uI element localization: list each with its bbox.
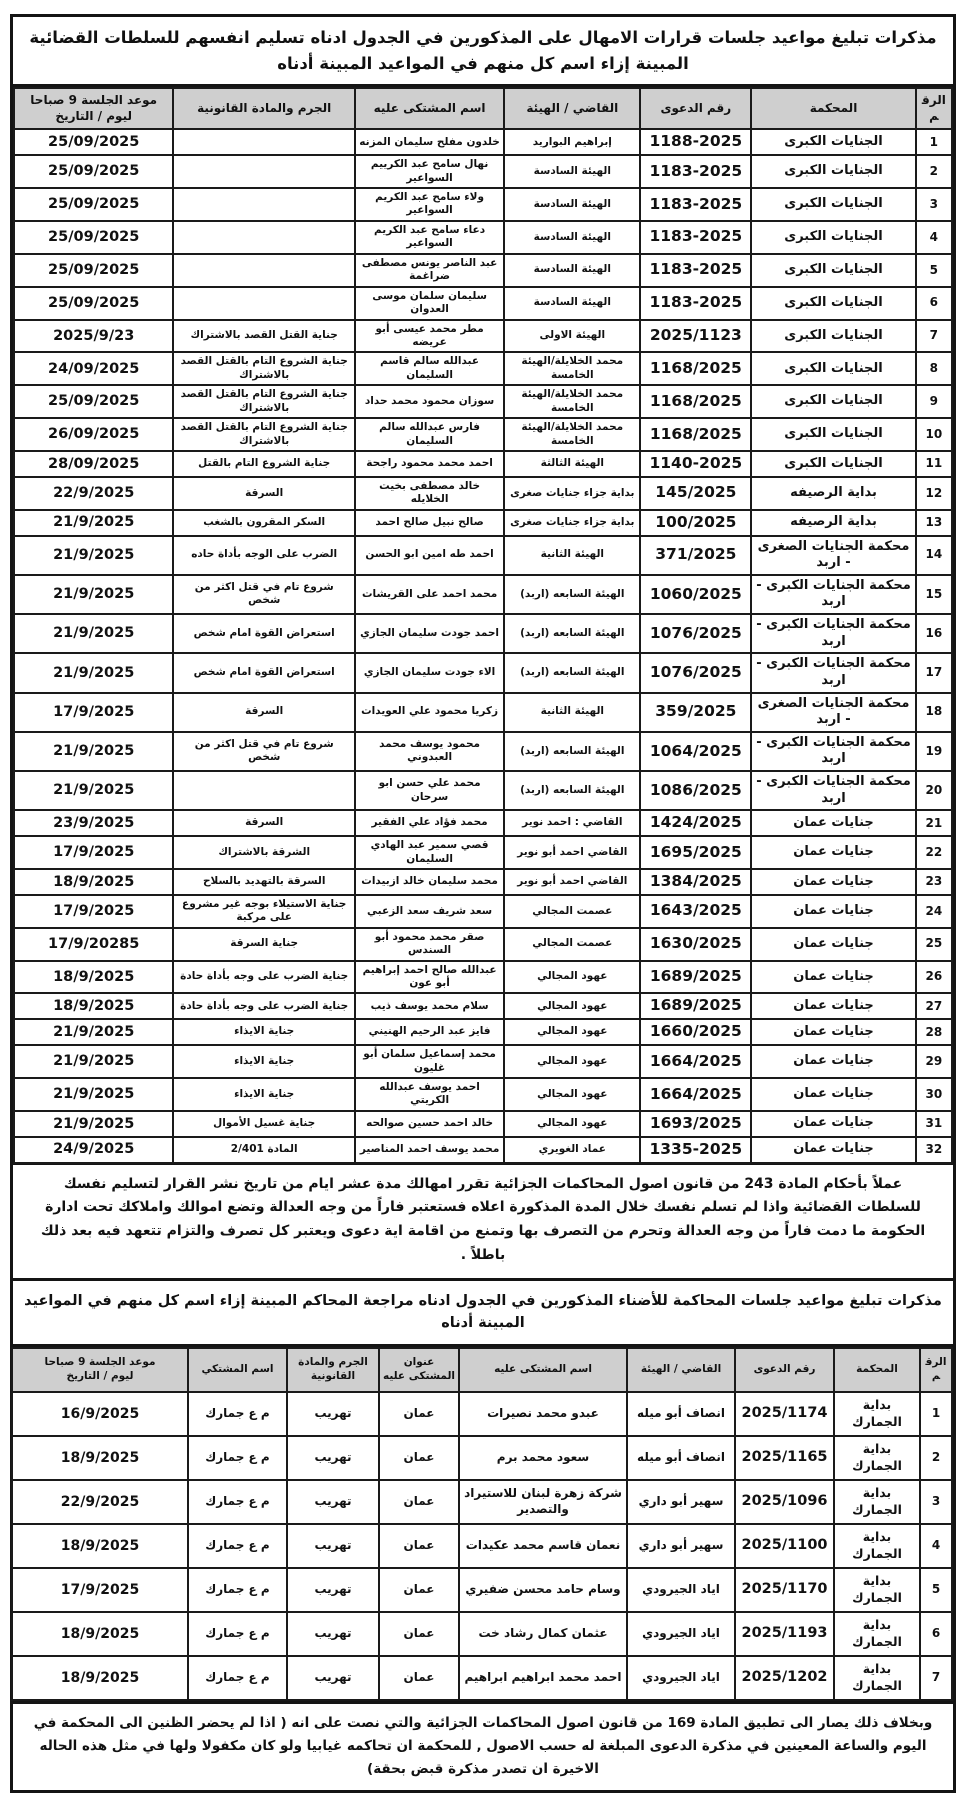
cell-date: 26/09/2025: [14, 418, 173, 451]
cell-num: 16: [916, 614, 952, 653]
cell-num: 17: [916, 653, 952, 692]
cell-num: 13: [916, 510, 952, 536]
cell-num: 10: [916, 418, 952, 451]
cell-address: عمان: [379, 1480, 459, 1524]
cell-crime: السرقة: [173, 693, 355, 732]
table-row: 31جنايات عمان1693/2025عهود المجاليخالد ا…: [14, 1111, 952, 1137]
cell-case: 1076/2025: [640, 614, 751, 653]
cell-case: 1168/2025: [640, 352, 751, 385]
cell-crime: جناية الضرب على وجه بأداة حادة: [173, 993, 355, 1019]
cell-defendant: الاء جودت سليمان الجازي: [355, 653, 504, 692]
cell-date: 22/9/2025: [14, 477, 173, 510]
cell-court: الجنايات الكبرى: [751, 451, 915, 477]
table-row: 29جنايات عمان1664/2025عهود المجاليمحمد إ…: [14, 1045, 952, 1078]
cell-address: عمان: [379, 1436, 459, 1480]
cell-complainant: م ع جمارك: [188, 1392, 287, 1436]
cell-date: 17/9/2025: [12, 1568, 188, 1612]
cell-num: 6: [920, 1612, 952, 1656]
cell-num: 7: [916, 320, 952, 353]
cell-address: عمان: [379, 1612, 459, 1656]
cell-defendant: دعاء سامح عبد الكريم السواعير: [355, 221, 504, 254]
cell-judge: محمد الخلايلة/الهيئة الخامسة: [504, 418, 640, 451]
cell-num: 6: [916, 287, 952, 320]
cell-crime: تهريب: [287, 1480, 379, 1524]
cell-judge: اياد الجيرودي: [627, 1656, 735, 1700]
cell-case: 2025/1100: [735, 1524, 834, 1568]
cell-num: 5: [920, 1568, 952, 1612]
table-row: 27جنايات عمان1689/2025عهود المجاليسلام م…: [14, 993, 952, 1019]
cell-judge: عهود المجالي: [504, 993, 640, 1019]
table-row: 19محكمة الجنايات الكبرى - اربد1064/2025ا…: [14, 732, 952, 771]
col-header-crime-article: الجرم والمادة القانونية: [173, 88, 355, 129]
cell-complainant: م ع جمارك: [188, 1480, 287, 1524]
table-row: 24جنايات عمان1643/2025عصمت المجاليسعد شر…: [14, 895, 952, 928]
cell-date: 25/09/2025: [14, 188, 173, 221]
cell-defendant: محمد سليمان خالد ازبيدات: [355, 869, 504, 895]
cell-num: 9: [916, 385, 952, 418]
cell-complainant: م ع جمارك: [188, 1524, 287, 1568]
cell-num: 31: [916, 1111, 952, 1137]
col-header-crime-article: الجرم والمادة القانونية: [287, 1348, 379, 1392]
col-header-number: الرقم: [920, 1348, 952, 1392]
cell-court: محكمة الجنايات الصغرى - اربد: [751, 693, 915, 732]
cell-defendant: محمود يوسف محمد العبدوني: [355, 732, 504, 771]
cell-judge: الهيئة السابعه (اربد): [504, 732, 640, 771]
cell-judge: الهيئة السادسة: [504, 155, 640, 188]
cell-date: 21/9/2025: [14, 1045, 173, 1078]
cell-judge: الهيئة السادسة: [504, 221, 640, 254]
cell-crime: [173, 287, 355, 320]
cell-crime: [173, 155, 355, 188]
cell-date: 23/9/2025: [14, 810, 173, 836]
cell-date: 25/09/2025: [14, 254, 173, 287]
col-header-session-date: موعد الجلسة 9 صباحا ليوم / التاريخ: [12, 1348, 188, 1392]
cell-court: الجنايات الكبرى: [751, 385, 915, 418]
cell-case: 145/2025: [640, 477, 751, 510]
cell-case: 1693/2025: [640, 1111, 751, 1137]
cell-crime: [173, 771, 355, 810]
cell-crime: [173, 254, 355, 287]
cell-defendant: سعد شريف سعد الزعبي: [355, 895, 504, 928]
cell-court: جنايات عمان: [751, 869, 915, 895]
cell-complainant: م ع جمارك: [188, 1436, 287, 1480]
cell-crime: السرقة: [173, 477, 355, 510]
cell-date: 18/9/2025: [14, 993, 173, 1019]
table-row: 6الجنايات الكبرى1183-2025الهيئة السادسةس…: [14, 287, 952, 320]
table-row: 9الجنايات الكبرى1168/2025محمد الخلايلة/ا…: [14, 385, 952, 418]
cell-defendant: وسام حامد محسن ضفيري: [459, 1568, 627, 1612]
cell-defendant: عبدو محمد نصيرات: [459, 1392, 627, 1436]
cell-defendant: عبد الناصر يونس مصطفى ضراغمة: [355, 254, 504, 287]
cell-defendant: محمد إسماعيل سلمان أبو غليون: [355, 1045, 504, 1078]
cell-crime: جناية الشروع التام بالقتل: [173, 451, 355, 477]
table-row: 22جنايات عمان1695/2025القاضي احمد أبو نو…: [14, 836, 952, 869]
cell-judge: القاضي احمد أبو نوير: [504, 836, 640, 869]
cell-court: جنايات عمان: [751, 961, 915, 994]
cell-date: 24/09/2025: [14, 352, 173, 385]
table-row: 17محكمة الجنايات الكبرى - اربد1076/2025ا…: [14, 653, 952, 692]
cell-defendant: شركة زهرة لبنان للاستيراد والتصدير: [459, 1480, 627, 1524]
notice-document: مذكرات تبليغ مواعيد جلسات قرارات الامهال…: [10, 14, 956, 1793]
cell-judge: بداية جزاء جنايات صغرى: [504, 477, 640, 510]
cell-num: 18: [916, 693, 952, 732]
cell-date: 21/9/2025: [14, 653, 173, 692]
cell-case: 2025/1174: [735, 1392, 834, 1436]
cell-case: 1664/2025: [640, 1045, 751, 1078]
cell-num: 2: [916, 155, 952, 188]
cell-num: 28: [916, 1019, 952, 1045]
cell-judge: الهيئة الثانية: [504, 536, 640, 575]
cell-crime: شروع تام في قتل اكثر من شخص: [173, 732, 355, 771]
cell-num: 1: [916, 129, 952, 155]
cell-court: بداية الجمارك: [834, 1436, 920, 1480]
table-row: 12بداية الرصيفه145/2025بداية جزاء جنايات…: [14, 477, 952, 510]
cell-crime: السرقة: [173, 810, 355, 836]
cell-judge: القاضي احمد أبو نوير: [504, 869, 640, 895]
cell-court: محكمة الجنايات الكبرى - اربد: [751, 653, 915, 692]
cell-judge: بداية جزاء جنايات صغرى: [504, 510, 640, 536]
col-header-judge-panel: القاضي / الهيئة: [504, 88, 640, 129]
section1-legal-notice: عملاً بأحكام المادة 243 من قانون اصول ال…: [13, 1164, 953, 1278]
cell-num: 23: [916, 869, 952, 895]
cell-date: 18/9/2025: [14, 961, 173, 994]
cell-num: 1: [920, 1392, 952, 1436]
cell-court: الجنايات الكبرى: [751, 129, 915, 155]
cell-court: جنايات عمان: [751, 1111, 915, 1137]
cell-judge: الهيئة السابعه (اربد): [504, 653, 640, 692]
cell-case: 1168/2025: [640, 385, 751, 418]
cell-crime: جناية السرقة: [173, 928, 355, 961]
cell-case: 1689/2025: [640, 961, 751, 994]
cell-court: جنايات عمان: [751, 1137, 915, 1163]
cell-case: 1183-2025: [640, 221, 751, 254]
section1-title: مذكرات تبليغ مواعيد جلسات قرارات الامهال…: [13, 17, 953, 87]
table-row: 32جنايات عمان1335-2025عماد الغويريمحمد ي…: [14, 1137, 952, 1163]
cell-date: 21/9/2025: [14, 771, 173, 810]
cell-judge: عصمت المجالي: [504, 928, 640, 961]
cell-court: الجنايات الكبرى: [751, 287, 915, 320]
cell-defendant: خالد احمد حسين صوالحه: [355, 1111, 504, 1137]
cell-defendant: صالح نبيل صالح احمد: [355, 510, 504, 536]
cell-crime: السرقة بالتهديد بالسلاح: [173, 869, 355, 895]
imhal-decisions-table: الرقم المحكمة رقم الدعوى القاضي / الهيئة…: [13, 87, 953, 1163]
cell-date: 21/9/2025: [14, 1019, 173, 1045]
cell-case: 1076/2025: [640, 653, 751, 692]
cell-case: 2025/1193: [735, 1612, 834, 1656]
cell-crime: الشرقة بالاشتراك: [173, 836, 355, 869]
table2-body: 1بداية الجمارك2025/1174انصاف أبو ميلهعبد…: [12, 1392, 952, 1700]
cell-judge: محمد الخلايلة/الهيئة الخامسة: [504, 385, 640, 418]
cell-crime: استعراض القوة امام شخص: [173, 614, 355, 653]
table-row: 7الجنايات الكبرى2025/1123الهيئة الاولىمط…: [14, 320, 952, 353]
cell-judge: الهيئة السادسة: [504, 254, 640, 287]
cell-date: 24/9/2025: [14, 1137, 173, 1163]
cell-date: 17/9/20285: [14, 928, 173, 961]
cell-judge: عهود المجالي: [504, 1078, 640, 1111]
table-row: 4بداية الجمارك2025/1100سهير أبو دارينعما…: [12, 1524, 952, 1568]
cell-num: 11: [916, 451, 952, 477]
col-header-defendant-address: عنوان المشتكى عليه: [379, 1348, 459, 1392]
cell-date: 25/09/2025: [14, 129, 173, 155]
cell-case: 359/2025: [640, 693, 751, 732]
table-row: 5بداية الجمارك2025/1170اياد الجيروديوسام…: [12, 1568, 952, 1612]
cell-judge: سهير أبو داري: [627, 1480, 735, 1524]
cell-date: 18/9/2025: [12, 1656, 188, 1700]
cell-complainant: م ع جمارك: [188, 1656, 287, 1700]
cell-date: 25/09/2025: [14, 287, 173, 320]
cell-defendant: عبدالله صالح احمد إبراهيم أبو عون: [355, 961, 504, 994]
cell-case: 1630/2025: [640, 928, 751, 961]
table-row: 3الجنايات الكبرى1183-2025الهيئة السادسةو…: [14, 188, 952, 221]
cell-crime: [173, 188, 355, 221]
cell-court: جنايات عمان: [751, 1019, 915, 1045]
cell-judge: الهيئة السابعه (اربد): [504, 614, 640, 653]
cell-case: 1424/2025: [640, 810, 751, 836]
cell-crime: [173, 129, 355, 155]
cell-defendant: احمد جودت سليمان الجازي: [355, 614, 504, 653]
cell-defendant: عبدالله سالم قاسم السليمان: [355, 352, 504, 385]
cell-defendant: مطر محمد عيسى أبو عريضه: [355, 320, 504, 353]
col-header-court: المحكمة: [834, 1348, 920, 1392]
table-row: 2بداية الجمارك2025/1165انصاف أبو ميلهسعو…: [12, 1436, 952, 1480]
col-header-complainant-name: اسم المشتكي: [188, 1348, 287, 1392]
cell-court: جنايات عمان: [751, 895, 915, 928]
cell-defendant: فايز عبد الرحيم الهنيني: [355, 1019, 504, 1045]
cell-case: 2025/1170: [735, 1568, 834, 1612]
cell-judge: عهود المجالي: [504, 1111, 640, 1137]
cell-defendant: سليمان سلمان موسى العدوان: [355, 287, 504, 320]
table-row: 1الجنايات الكبرى1188-2025إبراهيم البواري…: [14, 129, 952, 155]
cell-court: الجنايات الكبرى: [751, 155, 915, 188]
cell-num: 24: [916, 895, 952, 928]
cell-defendant: نهال سامح عبد الكرييم السواعير: [355, 155, 504, 188]
header-row: الرقم المحكمة رقم الدعوى القاضي / الهيئة…: [14, 88, 952, 129]
cell-judge: محمد الخلايلة/الهيئة الخامسة: [504, 352, 640, 385]
cell-date: 21/9/2025: [14, 614, 173, 653]
cell-judge: عهود المجالي: [504, 961, 640, 994]
cell-case: 371/2025: [640, 536, 751, 575]
cell-case: 1140-2025: [640, 451, 751, 477]
table-row: 30جنايات عمان1664/2025عهود المجالياحمد ي…: [14, 1078, 952, 1111]
cell-num: 3: [916, 188, 952, 221]
cell-num: 7: [920, 1656, 952, 1700]
cell-defendant: خالد مصطفى بخيت الخلايله: [355, 477, 504, 510]
cell-court: الجنايات الكبرى: [751, 352, 915, 385]
cell-num: 4: [916, 221, 952, 254]
cell-case: 1060/2025: [640, 575, 751, 614]
cell-defendant: سعود محمد برم: [459, 1436, 627, 1480]
document-page: مذكرات تبليغ مواعيد جلسات قرارات الامهال…: [0, 0, 966, 1817]
cell-court: الجنايات الكبرى: [751, 188, 915, 221]
cell-court: جنايات عمان: [751, 836, 915, 869]
table-row: 5الجنايات الكبرى1183-2025الهيئة السادسةع…: [14, 254, 952, 287]
cell-date: 17/9/2025: [14, 693, 173, 732]
cell-num: 19: [916, 732, 952, 771]
cell-case: 2025/1202: [735, 1656, 834, 1700]
cell-num: 27: [916, 993, 952, 1019]
cell-date: 25/09/2025: [14, 155, 173, 188]
table-row: 6بداية الجمارك2025/1193اياد الجيروديعثما…: [12, 1612, 952, 1656]
table-row: 13بداية الرصيفه100/2025بداية جزاء جنايات…: [14, 510, 952, 536]
cell-num: 3: [920, 1480, 952, 1524]
cell-court: جنايات عمان: [751, 928, 915, 961]
cell-num: 25: [916, 928, 952, 961]
table-row: 21جنايات عمان1424/2025القاضي : احمد نوير…: [14, 810, 952, 836]
cell-num: 12: [916, 477, 952, 510]
cell-judge: عماد الغويري: [504, 1137, 640, 1163]
cell-judge: اياد الجيرودي: [627, 1568, 735, 1612]
cell-crime: تهريب: [287, 1392, 379, 1436]
cell-date: 18/9/2025: [12, 1612, 188, 1656]
cell-crime: جناية الاستيلاء بوجه غير مشروع على مركبة: [173, 895, 355, 928]
cell-case: 1183-2025: [640, 254, 751, 287]
cell-court: بداية الجمارك: [834, 1568, 920, 1612]
cell-address: عمان: [379, 1524, 459, 1568]
cell-defendant: احمد محمد ابراهيم ابراهيم: [459, 1656, 627, 1700]
cell-defendant: محمد احمد على القريشات: [355, 575, 504, 614]
cell-case: 1335-2025: [640, 1137, 751, 1163]
cell-num: 14: [916, 536, 952, 575]
cell-judge: القاضي : احمد نوير: [504, 810, 640, 836]
cell-num: 26: [916, 961, 952, 994]
cell-complainant: م ع جمارك: [188, 1568, 287, 1612]
table-row: 15محكمة الجنايات الكبرى - اربد1060/2025ا…: [14, 575, 952, 614]
cell-date: 2025/9/23: [14, 320, 173, 353]
cell-num: 30: [916, 1078, 952, 1111]
cell-crime: تهريب: [287, 1436, 379, 1480]
table2-header: الرقم المحكمة رقم الدعوى القاضي / الهيئة…: [12, 1348, 952, 1392]
cell-defendant: محمد يوسف احمد المناصير: [355, 1137, 504, 1163]
table-row: 10الجنايات الكبرى1168/2025محمد الخلايلة/…: [14, 418, 952, 451]
cell-court: محكمة الجنايات الكبرى - اربد: [751, 732, 915, 771]
cell-case: 1689/2025: [640, 993, 751, 1019]
cell-court: بداية الجمارك: [834, 1524, 920, 1568]
cell-crime: تهريب: [287, 1656, 379, 1700]
header-row: الرقم المحكمة رقم الدعوى القاضي / الهيئة…: [12, 1348, 952, 1392]
cell-court: الجنايات الكبرى: [751, 254, 915, 287]
cell-address: عمان: [379, 1656, 459, 1700]
cell-date: 22/9/2025: [12, 1480, 188, 1524]
table-row: 3بداية الجمارك2025/1096سهير أبو داريشركة…: [12, 1480, 952, 1524]
cell-case: 1183-2025: [640, 287, 751, 320]
col-header-judge-panel: القاضي / الهيئة: [627, 1348, 735, 1392]
cell-court: الجنايات الكبرى: [751, 221, 915, 254]
table1-header: الرقم المحكمة رقم الدعوى القاضي / الهيئة…: [14, 88, 952, 129]
cell-judge: الهيئة السادسة: [504, 188, 640, 221]
cell-judge: الهيئة الثالثة: [504, 451, 640, 477]
cell-crime: جناية الشروع التام بالقتل القصد بالاشترا…: [173, 352, 355, 385]
cell-address: عمان: [379, 1392, 459, 1436]
cell-crime: استعراض القوة امام شخص: [173, 653, 355, 692]
cell-crime: جناية الايذاء: [173, 1078, 355, 1111]
cell-judge: الهيئة السابعه (اربد): [504, 771, 640, 810]
cell-court: بداية الرصيفه: [751, 510, 915, 536]
cell-defendant: احمد محمد محمود راجحة: [355, 451, 504, 477]
table-row: 1بداية الجمارك2025/1174انصاف أبو ميلهعبد…: [12, 1392, 952, 1436]
cell-case: 1183-2025: [640, 155, 751, 188]
cell-case: 2025/1123: [640, 320, 751, 353]
cell-defendant: زكريا محمود علي العويدات: [355, 693, 504, 732]
cell-date: 18/9/2025: [12, 1524, 188, 1568]
cell-defendant: محمد علي حسن ابو سرحان: [355, 771, 504, 810]
trial-sessions-table: الرقم المحكمة رقم الدعوى القاضي / الهيئة…: [11, 1347, 953, 1701]
cell-court: بداية الجمارك: [834, 1392, 920, 1436]
col-header-number: الرقم: [916, 88, 952, 129]
table-row: 7بداية الجمارك2025/1202اياد الجيرودياحمد…: [12, 1656, 952, 1700]
cell-complainant: م ع جمارك: [188, 1612, 287, 1656]
cell-crime: جناية الشروع التام بالقتل القصد بالاشترا…: [173, 418, 355, 451]
cell-defendant: صقر محمد محمود أبو السندس: [355, 928, 504, 961]
table-row: 4الجنايات الكبرى1183-2025الهيئة السادسةد…: [14, 221, 952, 254]
cell-court: محكمة الجنايات الكبرى - اربد: [751, 614, 915, 653]
table-row: 11الجنايات الكبرى1140-2025الهيئة الثالثة…: [14, 451, 952, 477]
cell-num: 15: [916, 575, 952, 614]
cell-crime: جناية الايذاء: [173, 1045, 355, 1078]
cell-defendant: فارس عبدالله سالم السليمان: [355, 418, 504, 451]
section2-legal-notice: وبخلاف ذلك يصار الى تطبيق المادة 169 من …: [13, 1701, 953, 1791]
cell-crime: تهريب: [287, 1612, 379, 1656]
cell-case: 2025/1096: [735, 1480, 834, 1524]
cell-date: 21/9/2025: [14, 1078, 173, 1111]
cell-date: 28/09/2025: [14, 451, 173, 477]
cell-court: جنايات عمان: [751, 810, 915, 836]
cell-defendant: سلام محمد يوسف ذيب: [355, 993, 504, 1019]
cell-court: جنايات عمان: [751, 1045, 915, 1078]
table-row: 8الجنايات الكبرى1168/2025محمد الخلايلة/ا…: [14, 352, 952, 385]
col-header-defendant-name: اسم المشتكى عليه: [355, 88, 504, 129]
cell-address: عمان: [379, 1568, 459, 1612]
col-header-case-number: رقم الدعوى: [735, 1348, 834, 1392]
cell-court: بداية الجمارك: [834, 1656, 920, 1700]
table-row: 18محكمة الجنايات الصغرى - اربد359/2025ال…: [14, 693, 952, 732]
cell-judge: انصاف أبو ميله: [627, 1436, 735, 1480]
cell-judge: الهيئة السابعه (اربد): [504, 575, 640, 614]
cell-crime: السكر المقرون بالشغب: [173, 510, 355, 536]
cell-crime: تهريب: [287, 1524, 379, 1568]
cell-judge: الهيئة الاولى: [504, 320, 640, 353]
cell-num: 20: [916, 771, 952, 810]
col-header-court: المحكمة: [751, 88, 915, 129]
cell-date: 21/9/2025: [14, 536, 173, 575]
cell-judge: الهيئة الثانية: [504, 693, 640, 732]
cell-court: جنايات عمان: [751, 993, 915, 1019]
cell-crime: جناية القتل القصد بالاشتراك: [173, 320, 355, 353]
cell-court: جنايات عمان: [751, 1078, 915, 1111]
table1-body: 1الجنايات الكبرى1188-2025إبراهيم البواري…: [14, 129, 952, 1162]
section2-title: مذكرات تبليغ مواعيد جلسات المحاكمة للأضن…: [13, 1278, 953, 1347]
cell-defendant: احمد يوسف عبدالله الكريتي: [355, 1078, 504, 1111]
table-row: 20محكمة الجنايات الكبرى - اربد1086/2025ا…: [14, 771, 952, 810]
table-row: 25جنايات عمان1630/2025عصمت المجاليصقر مح…: [14, 928, 952, 961]
cell-crime: جناية الشروع التام بالقتل القصد بالاشترا…: [173, 385, 355, 418]
cell-court: الجنايات الكبرى: [751, 418, 915, 451]
cell-date: 17/9/2025: [14, 895, 173, 928]
cell-court: بداية الجمارك: [834, 1480, 920, 1524]
cell-defendant: احمد طه امين ابو الحسن: [355, 536, 504, 575]
table-row: 23جنايات عمان1384/2025القاضي احمد أبو نو…: [14, 869, 952, 895]
cell-date: 25/09/2025: [14, 385, 173, 418]
cell-defendant: خلدون مفلح سليمان المزنه: [355, 129, 504, 155]
cell-num: 32: [916, 1137, 952, 1163]
cell-num: 8: [916, 352, 952, 385]
cell-judge: عهود المجالي: [504, 1019, 640, 1045]
cell-crime: شروع تام في قتل اكثر من شخص: [173, 575, 355, 614]
cell-defendant: نعمان قاسم محمد عكيدات: [459, 1524, 627, 1568]
cell-court: بداية الجمارك: [834, 1612, 920, 1656]
cell-num: 5: [916, 254, 952, 287]
cell-case: 2025/1165: [735, 1436, 834, 1480]
cell-crime: جناية الضرب على وجه بأداة حادة: [173, 961, 355, 994]
